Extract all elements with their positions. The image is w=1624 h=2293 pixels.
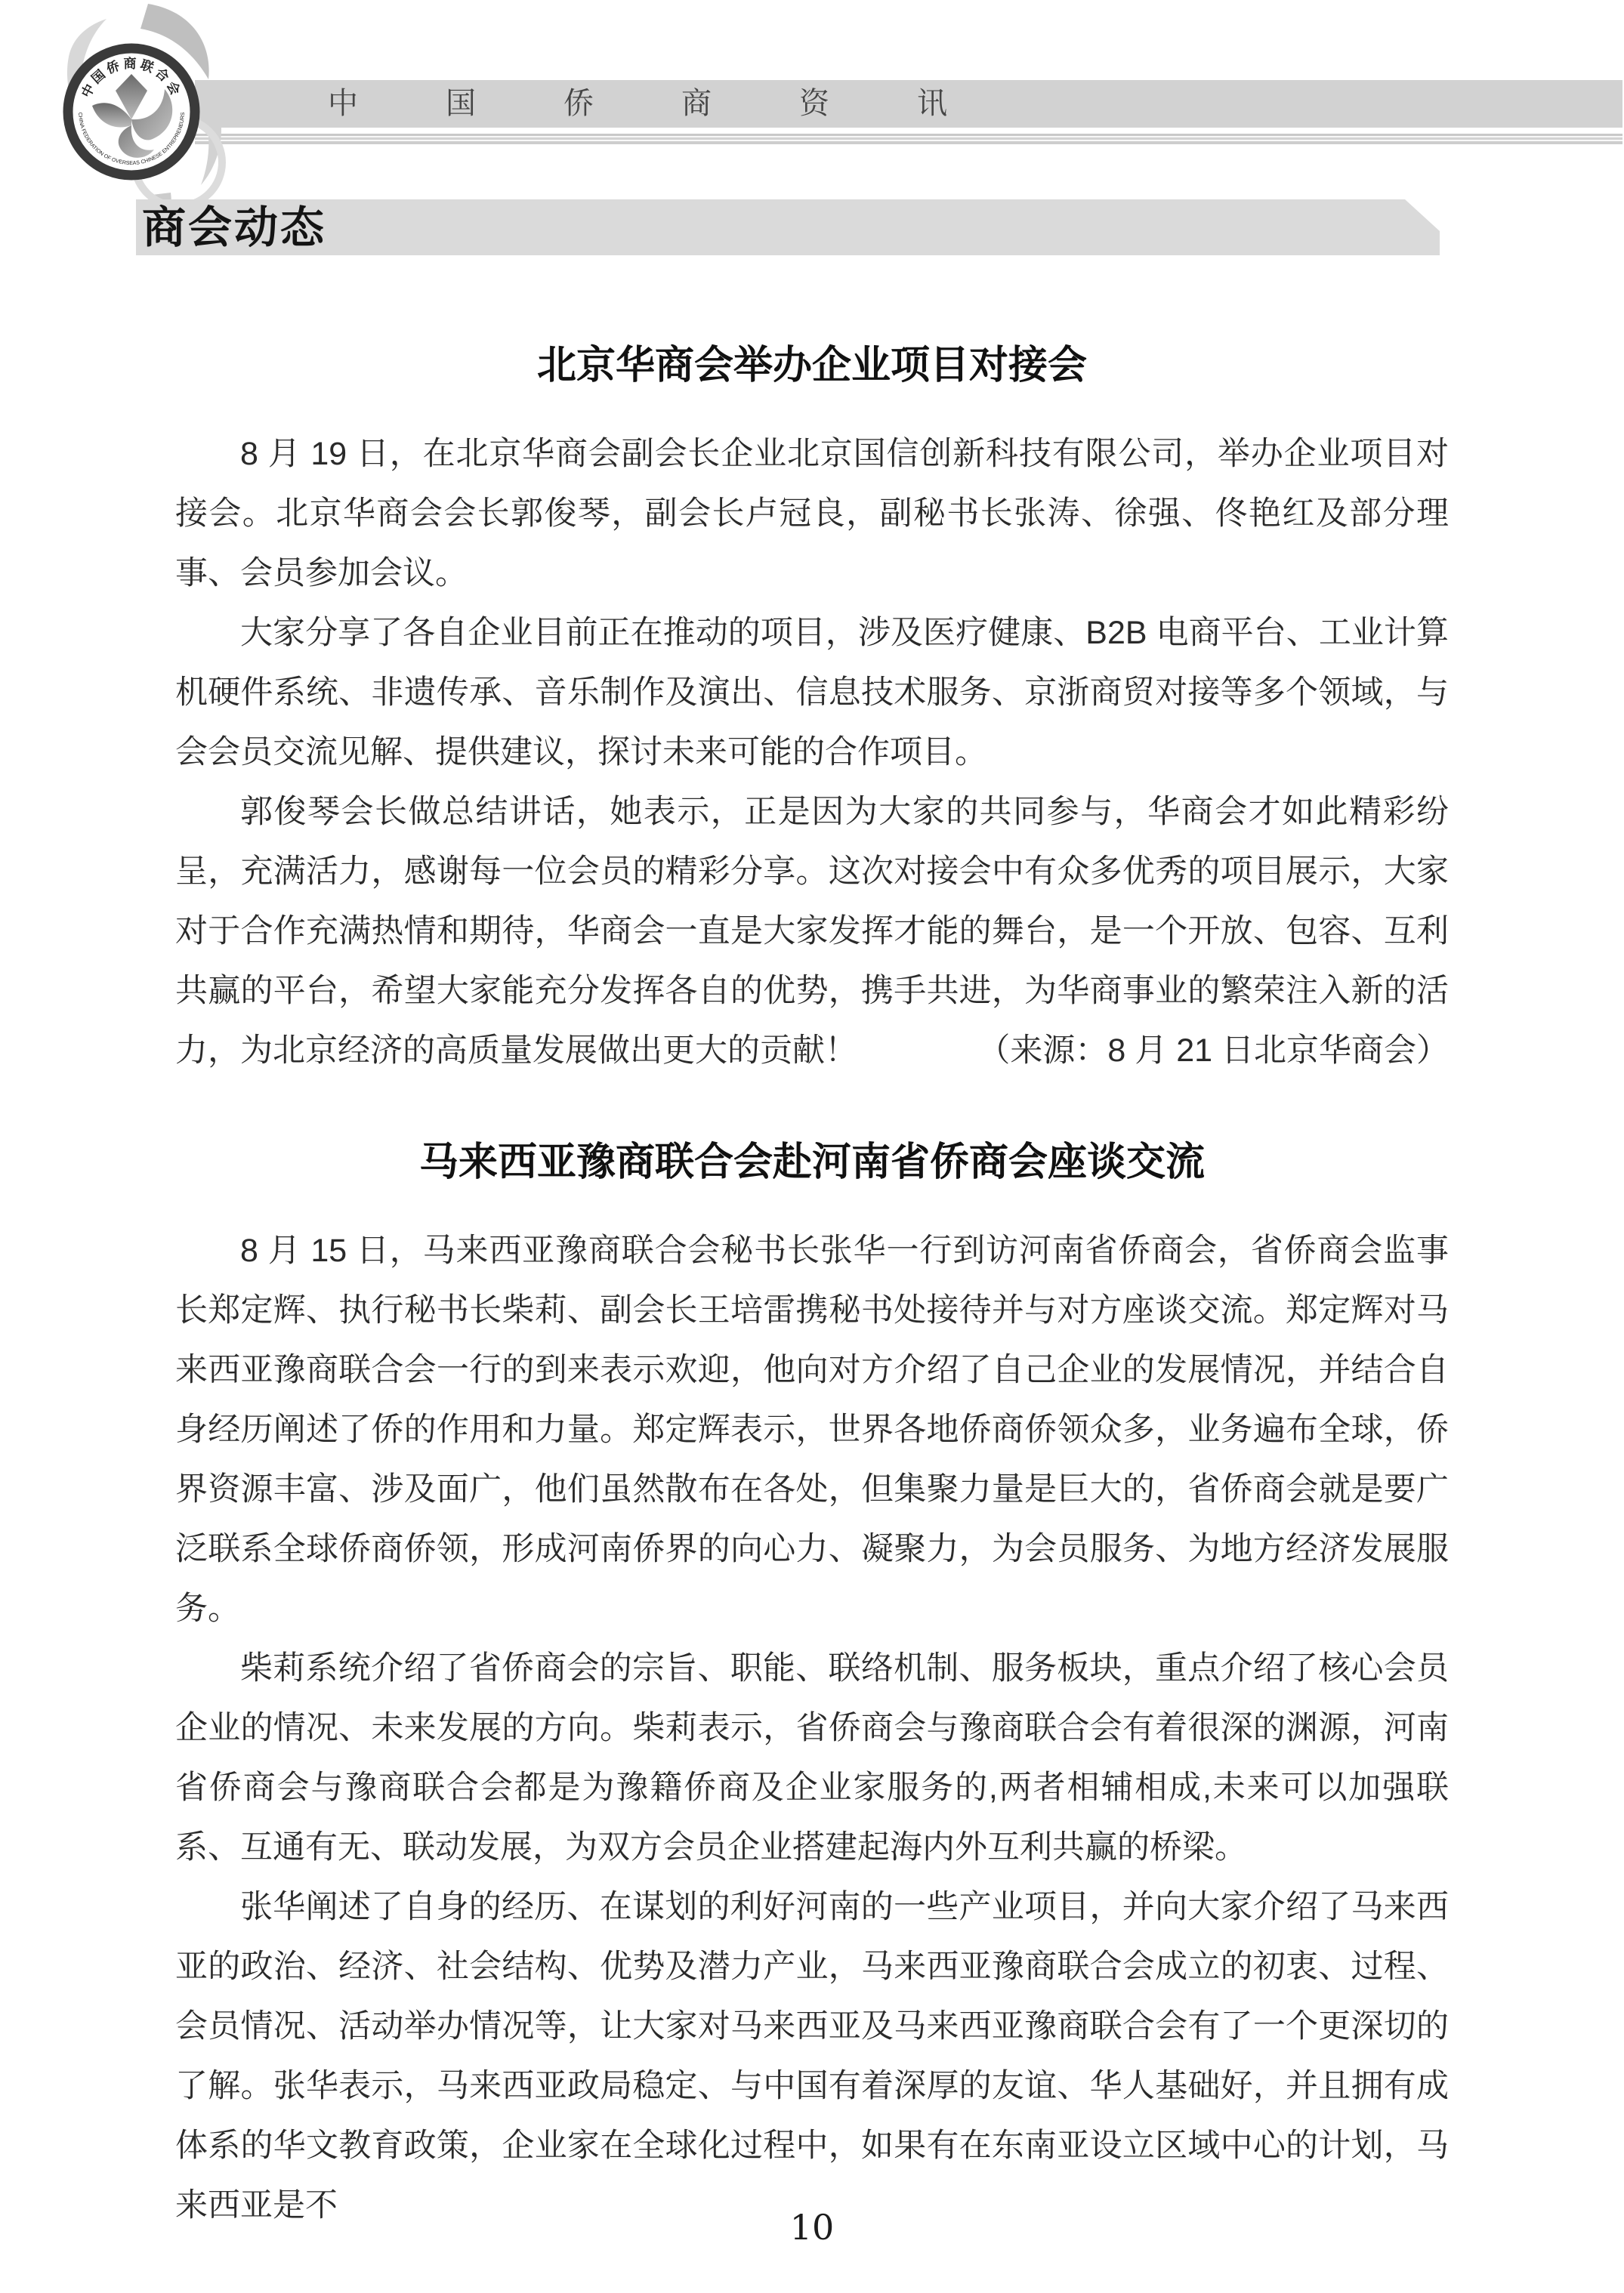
- article-1-title: 北京华商会举办企业项目对接会: [175, 341, 1449, 390]
- article-2-body: 8 月 15 日，马来西亚豫商联合会秘书长张华一行到访河南省侨商会，省侨商会监事…: [175, 1221, 1449, 2236]
- article-1-paragraph: 8 月 19 日，在北京华商会副会长企业北京国信创新科技有限公司，举办企业项目对…: [175, 424, 1449, 603]
- page-number: 10: [0, 2207, 1624, 2248]
- page-content: 北京华商会举办企业项目对接会 8 月 19 日，在北京华商会副会长企业北京国信创…: [175, 325, 1449, 2236]
- article-2-paragraph: 张华阐述了自身的经历、在谋划的利好河南的一些产业项目，并向大家介绍了马来西亚的政…: [175, 1878, 1449, 2236]
- section-header-bar: 商会动态: [136, 199, 1440, 255]
- article-2-paragraph: 柴莉系统介绍了省侨商会的宗旨、职能、联络机制、服务板块，重点介绍了核心会员企业的…: [175, 1639, 1449, 1878]
- article-1-paragraph: 大家分享了各自企业目前正在推动的项目，涉及医疗健康、B2B 电商平台、工业计算机…: [175, 603, 1449, 782]
- masthead-divider-stripes: [195, 134, 1622, 144]
- section-title: 商会动态: [136, 199, 1440, 255]
- article-1-source: （来源：8 月 21 日北京华商会）: [977, 1021, 1449, 1081]
- article-1-body: 8 月 19 日，在北京华商会副会长企业北京国信创新科技有限公司，举办企业项目对…: [175, 424, 1449, 1081]
- article-2-paragraph: 8 月 15 日，马来西亚豫商联合会秘书长张华一行到访河南省侨商会，省侨商会监事…: [175, 1221, 1449, 1639]
- article-1-paragraph: 郭俊琴会长做总结讲话，她表示，正是因为大家的共同参与，华商会才如此精彩纷呈，充满…: [175, 782, 1449, 1081]
- masthead-band: 中国侨商资讯: [195, 80, 1622, 128]
- masthead-title: 中国侨商资讯: [328, 80, 1035, 128]
- article-2-title: 马来西亚豫商联合会赴河南省侨商会座谈交流: [175, 1138, 1449, 1187]
